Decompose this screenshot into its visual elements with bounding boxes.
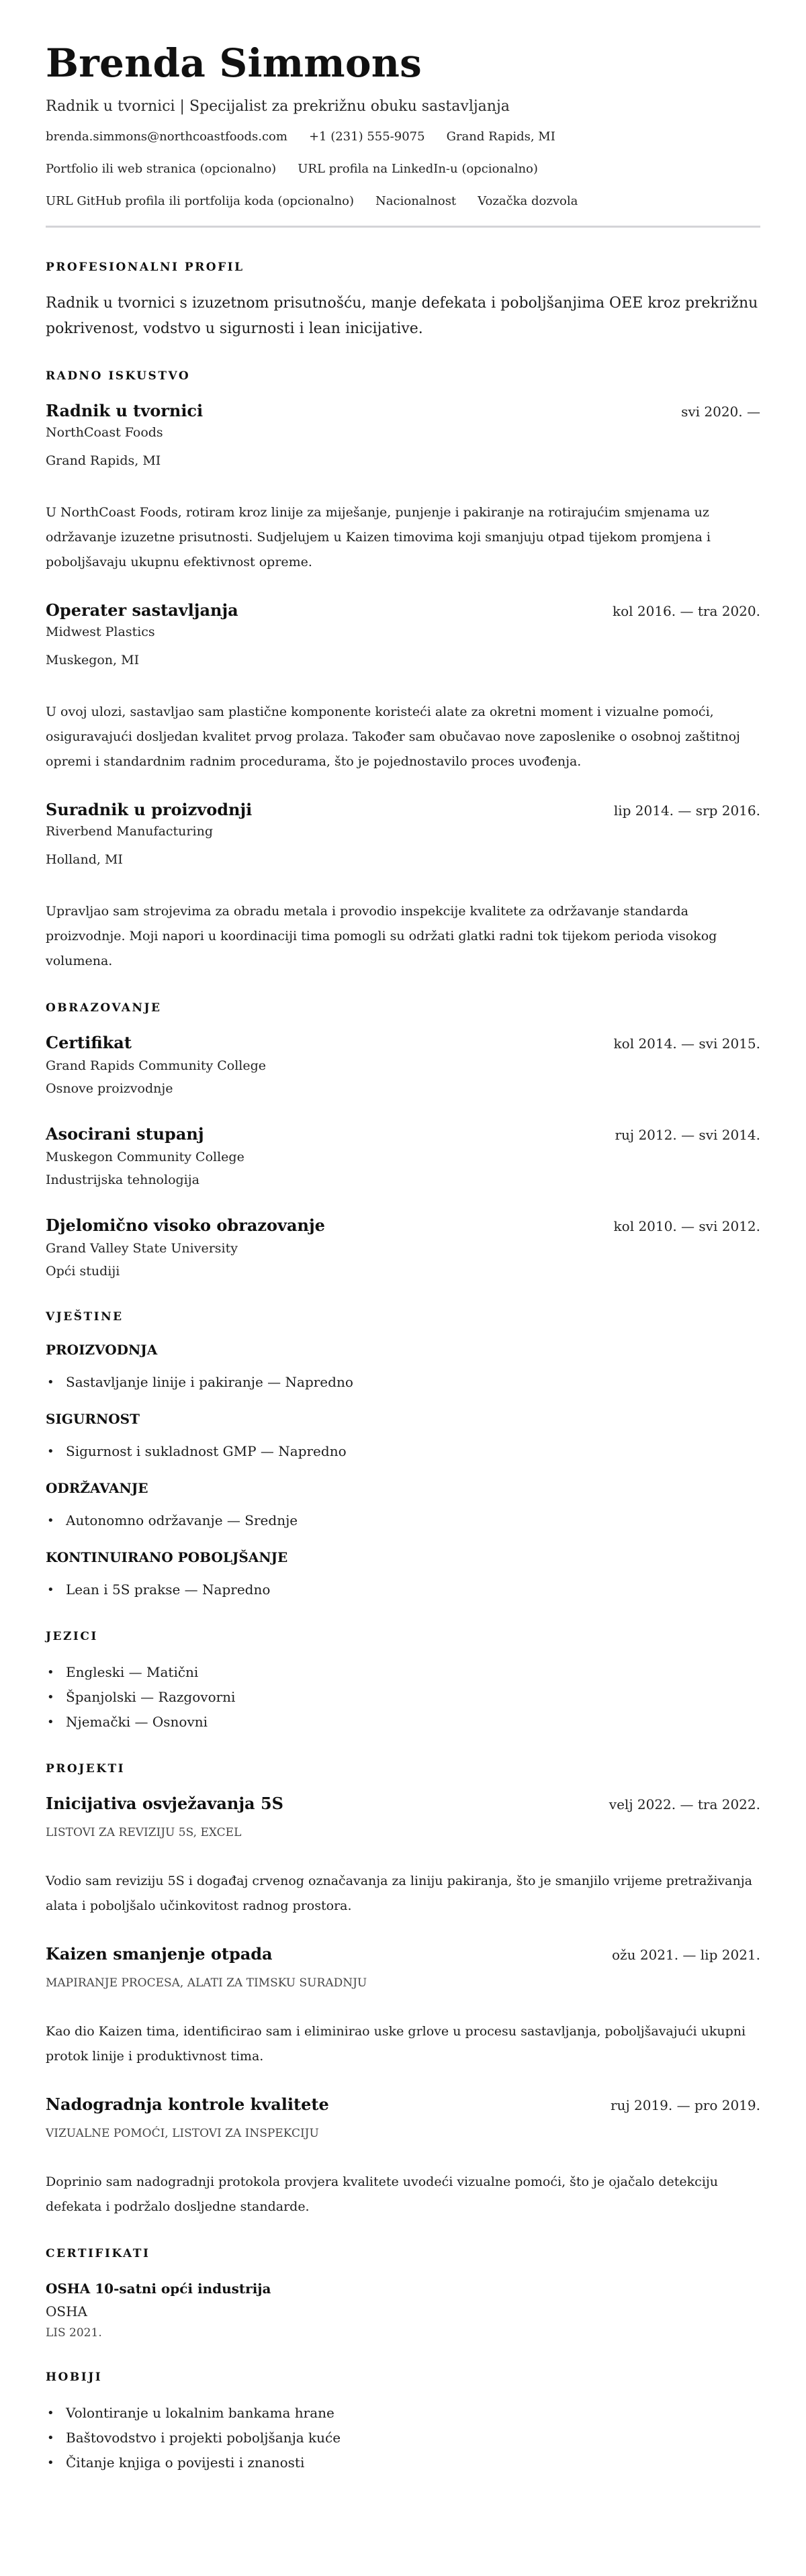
skills-list: PROIZVODNJASastavljanje linije i pakiran… — [46, 1340, 760, 1602]
school-name: Grand Rapids Community College — [46, 1054, 760, 1077]
phone-number[interactable]: +1 (231) 555-9075 — [309, 129, 425, 145]
education-dates: kol 2010. — svi 2012. — [614, 1216, 760, 1236]
skill-category: PROIZVODNJA — [46, 1340, 760, 1359]
entry-header: Inicijativa osvježavanja 5Svelj 2022. — … — [46, 1792, 760, 1815]
profile-summary: Radnik u tvornici s izuzetnom prisutnošć… — [46, 291, 760, 342]
field-of-study: Opći studiji — [46, 1260, 760, 1283]
github-link[interactable]: URL GitHub profila ili portfolija koda (… — [46, 193, 354, 210]
candidate-headline: Radnik u tvornici | Specijalist za prekr… — [46, 97, 760, 117]
entry-header: Asocirani stupanjruj 2012. — svi 2014. — [46, 1123, 760, 1146]
project-dates: velj 2022. — tra 2022. — [609, 1794, 760, 1814]
job-dates: lip 2014. — srp 2016. — [614, 800, 760, 821]
certification-issuer: OSHA — [46, 2300, 760, 2323]
school-name: Grand Valley State University — [46, 1237, 760, 1260]
project-entry: Nadogradnja kontrole kvaliteteruj 2019. … — [46, 2093, 760, 2219]
company-name: Midwest Plastics — [46, 622, 760, 642]
portfolio-link[interactable]: Portfolio ili web stranica (opcionalno) — [46, 161, 276, 177]
skill-item: Sastavljanje linije i pakiranje — Napred… — [46, 1370, 760, 1395]
section-title: VJEŠTINE — [46, 1309, 760, 1324]
project-description: Doprinio sam nadogradnji protokola provj… — [46, 2170, 760, 2219]
projects-section: PROJEKTI Inicijativa osvježavanja 5Svelj… — [46, 1761, 760, 2219]
profile-section: PROFESIONALNI PROFIL Radnik u tvornici s… — [46, 260, 760, 342]
job-description: U NorthCoast Foods, rotiram kroz linije … — [46, 500, 760, 575]
company-name: Riverbend Manufacturing — [46, 821, 760, 841]
entry-header: Certifikatkol 2014. — svi 2015. — [46, 1031, 760, 1054]
section-title: PROJEKTI — [46, 1761, 760, 1776]
nationality: Nacionalnost — [375, 193, 456, 210]
certifications-list: OSHA 10-satni opći industrijaOSHAlis 202… — [46, 2277, 760, 2343]
degree-name: Certifikat — [46, 1031, 132, 1054]
job-dates: kol 2016. — tra 2020. — [613, 601, 760, 621]
education-dates: ruj 2012. — svi 2014. — [615, 1125, 760, 1145]
project-technologies: Vizualne pomoći, listovi za inspekciju — [46, 2124, 760, 2143]
job-location: Grand Rapids, MI — [46, 451, 760, 471]
experience-entry: Operater sastavljanjakol 2016. — tra 202… — [46, 599, 760, 774]
language-item: Engleski — Matični — [46, 1660, 760, 1685]
school-name: Muskegon Community College — [46, 1146, 760, 1168]
section-title: RADNO ISKUSTVO — [46, 369, 760, 383]
experience-list: Radnik u tvornicisvi 2020. —NorthCoast F… — [46, 400, 760, 974]
skill-group: PROIZVODNJASastavljanje linije i pakiran… — [46, 1340, 760, 1395]
skills-section: VJEŠTINE PROIZVODNJASastavljanje linije … — [46, 1309, 760, 1602]
project-dates: ožu 2021. — lip 2021. — [612, 1945, 760, 1965]
skill-item: Lean i 5S prakse — Napredno — [46, 1577, 760, 1602]
experience-entry: Radnik u tvornicisvi 2020. —NorthCoast F… — [46, 400, 760, 575]
skill-item: Sigurnost i sukladnost GMP — Napredno — [46, 1439, 760, 1464]
candidate-name: Brenda Simmons — [46, 38, 760, 89]
email-link[interactable]: brenda.simmons@northcoastfoods.com — [46, 129, 287, 145]
job-title: Suradnik u proizvodnji — [46, 798, 252, 821]
education-entry: Djelomično visoko obrazovanjekol 2010. —… — [46, 1214, 760, 1283]
project-dates: ruj 2019. — pro 2019. — [611, 2095, 760, 2115]
education-dates: kol 2014. — svi 2015. — [614, 1033, 760, 1054]
location: Grand Rapids, MI — [447, 129, 555, 145]
education-section: OBRAZOVANJE Certifikatkol 2014. — svi 20… — [46, 1001, 760, 1283]
section-title: PROFESIONALNI PROFIL — [46, 260, 760, 275]
contact-row: brenda.simmons@northcoastfoods.com +1 (2… — [46, 129, 760, 145]
experience-entry: Suradnik u proizvodnjilip 2014. — srp 20… — [46, 798, 760, 974]
education-list: Certifikatkol 2014. — svi 2015.Grand Rap… — [46, 1031, 760, 1283]
resume-header: Brenda Simmons Radnik u tvornici | Speci… — [46, 38, 760, 210]
contact-info: brenda.simmons@northcoastfoods.com +1 (2… — [46, 129, 760, 210]
hobbies-list: Volontiranje u lokalnim bankama hraneBaš… — [46, 2401, 760, 2475]
entry-header: Suradnik u proizvodnjilip 2014. — srp 20… — [46, 798, 760, 821]
project-technologies: Mapiranje procesa, alati za timsku surad… — [46, 1974, 760, 1992]
project-title: Nadogradnja kontrole kvalitete — [46, 2093, 329, 2116]
section-title: OBRAZOVANJE — [46, 1001, 760, 1015]
hobby-item: Baštovodstvo i projekti poboljšanja kuće — [46, 2426, 760, 2450]
skill-items: Lean i 5S prakse — Napredno — [46, 1577, 760, 1602]
header-divider — [46, 226, 760, 228]
languages-section: JEZICI Engleski — MatičniŠpanjolski — Ra… — [46, 1629, 760, 1735]
entry-header: Djelomično visoko obrazovanjekol 2010. —… — [46, 1214, 760, 1237]
job-title: Operater sastavljanja — [46, 599, 238, 622]
education-entry: Certifikatkol 2014. — svi 2015.Grand Rap… — [46, 1031, 760, 1100]
job-location: Muskegon, MI — [46, 650, 760, 670]
section-title: JEZICI — [46, 1629, 760, 1644]
company-name: NorthCoast Foods — [46, 422, 760, 443]
section-title: HOBIJI — [46, 2370, 760, 2385]
skill-category: KONTINUIRANO POBOLJŠANJE — [46, 1548, 760, 1567]
field-of-study: Osnove proizvodnje — [46, 1077, 760, 1100]
drivers-license: Vozačka dozvola — [478, 193, 578, 210]
skill-items: Autonomno održavanje — Srednje — [46, 1508, 760, 1533]
entry-header: Kaizen smanjenje otpadaožu 2021. — lip 2… — [46, 1943, 760, 1966]
projects-list: Inicijativa osvježavanja 5Svelj 2022. — … — [46, 1792, 760, 2219]
linkedin-link[interactable]: URL profila na LinkedIn-u (opcionalno) — [298, 161, 538, 177]
entry-header: Radnik u tvornicisvi 2020. — — [46, 400, 760, 422]
job-dates: svi 2020. — — [681, 402, 760, 422]
section-title: CERTIFIKATI — [46, 2246, 760, 2261]
language-item: Njemački — Osnovni — [46, 1710, 760, 1735]
job-title: Radnik u tvornici — [46, 400, 203, 422]
degree-name: Djelomično visoko obrazovanje — [46, 1214, 325, 1237]
skill-items: Sigurnost i sukladnost GMP — Napredno — [46, 1439, 760, 1464]
certification-name: OSHA 10-satni opći industrija — [46, 2277, 760, 2300]
certifications-section: CERTIFIKATI OSHA 10-satni opći industrij… — [46, 2246, 760, 2343]
project-entry: Kaizen smanjenje otpadaožu 2021. — lip 2… — [46, 1943, 760, 2069]
job-description: U ovoj ulozi, sastavljao sam plastične k… — [46, 700, 760, 774]
job-location: Holland, MI — [46, 849, 760, 870]
skill-category: SIGURNOST — [46, 1410, 760, 1428]
skill-item: Autonomno održavanje — Srednje — [46, 1508, 760, 1533]
entry-header: Nadogradnja kontrole kvaliteteruj 2019. … — [46, 2093, 760, 2116]
experience-section: RADNO ISKUSTVO Radnik u tvornicisvi 2020… — [46, 369, 760, 974]
certification-date: lis 2021. — [46, 2323, 760, 2343]
project-entry: Inicijativa osvježavanja 5Svelj 2022. — … — [46, 1792, 760, 1919]
contact-row: Portfolio ili web stranica (opcionalno) … — [46, 161, 760, 177]
project-description: Vodio sam reviziju 5S i događaj crvenog … — [46, 1869, 760, 1919]
entry-header: Operater sastavljanjakol 2016. — tra 202… — [46, 599, 760, 622]
project-title: Kaizen smanjenje otpada — [46, 1943, 273, 1966]
field-of-study: Industrijska tehnologija — [46, 1168, 760, 1191]
hobby-item: Čitanje knjiga o povijesti i znanosti — [46, 2450, 760, 2475]
project-title: Inicijativa osvježavanja 5S — [46, 1792, 283, 1815]
hobbies-section: HOBIJI Volontiranje u lokalnim bankama h… — [46, 2370, 760, 2475]
skill-group: SIGURNOSTSigurnost i sukladnost GMP — Na… — [46, 1410, 760, 1464]
languages-list: Engleski — MatičniŠpanjolski — Razgovorn… — [46, 1660, 760, 1735]
education-entry: Asocirani stupanjruj 2012. — svi 2014.Mu… — [46, 1123, 760, 1191]
project-technologies: Listovi za reviziju 5S, Excel — [46, 1823, 760, 1842]
certification-entry: OSHA 10-satni opći industrijaOSHAlis 202… — [46, 2277, 760, 2343]
job-description: Upravljao sam strojevima za obradu metal… — [46, 899, 760, 974]
resume-page: Brenda Simmons Radnik u tvornici | Speci… — [0, 0, 806, 2542]
contact-row: URL GitHub profila ili portfolija koda (… — [46, 193, 760, 210]
degree-name: Asocirani stupanj — [46, 1123, 204, 1146]
skill-category: ODRŽAVANJE — [46, 1479, 760, 1498]
project-description: Kao dio Kaizen tima, identificirao sam i… — [46, 2019, 760, 2069]
hobby-item: Volontiranje u lokalnim bankama hrane — [46, 2401, 760, 2426]
skill-group: KONTINUIRANO POBOLJŠANJELean i 5S prakse… — [46, 1548, 760, 1602]
language-item: Španjolski — Razgovorni — [46, 1685, 760, 1710]
skill-group: ODRŽAVANJEAutonomno održavanje — Srednje — [46, 1479, 760, 1533]
skill-items: Sastavljanje linije i pakiranje — Napred… — [46, 1370, 760, 1395]
